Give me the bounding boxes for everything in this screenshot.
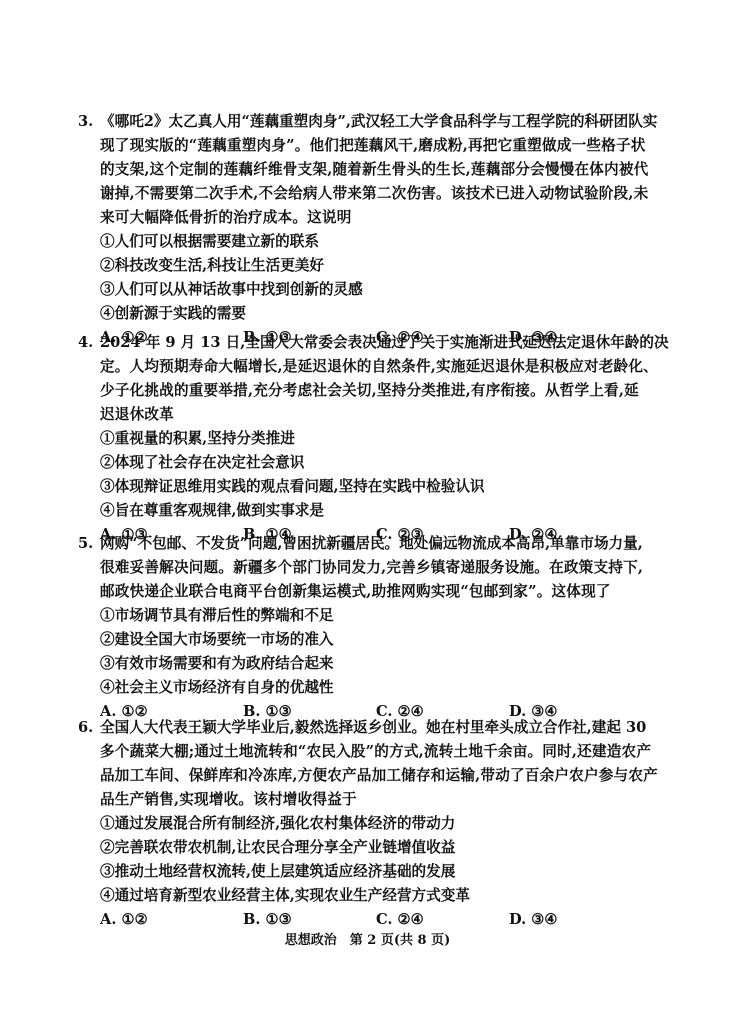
question-text-line: 多个蔬菜大棚;通过土地流转和“农民入股”的方式,流转土地千余亩。同时,还建造农产 bbox=[78, 740, 648, 764]
question-number: 3. bbox=[78, 110, 100, 134]
question-text-line: 全国人大代表王颖大学毕业后,毅然选择返乡创业。她在村里牵头成立合作社,建起 30 bbox=[100, 716, 646, 740]
question-text-line: 定。人均预期寿命大幅增长,是延迟退休的自然条件,实施延迟退休是积极应对老龄化、 bbox=[78, 355, 648, 379]
statement-4: ④通过培育新型农业经营主体,实现农业生产经营方式变革 bbox=[78, 884, 648, 908]
question-3: 3. 《哪吒2》太乙真人用“莲藕重塑肉身”,武汉轻工大学食品科学与工程学院的科研… bbox=[78, 110, 648, 350]
question-5: 5. 网购“不包邮、不发货”问题,曾困扰新疆居民。地处偏远物流成本高昂,单靠市场… bbox=[78, 532, 648, 724]
question-number: 6. bbox=[78, 716, 100, 740]
statement-4: ④社会主义市场经济有自身的优越性 bbox=[78, 676, 648, 700]
question-number: 5. bbox=[78, 532, 100, 556]
question-text-line: 《哪吒2》太乙真人用“莲藕重塑肉身”,武汉轻工大学食品科学与工程学院的科研团队实 bbox=[100, 110, 657, 134]
question-text-line: 少子化挑战的重要举措,充分考虑社会关切,坚持分类推进,有序衔接。从哲学上看,延 bbox=[78, 379, 648, 403]
statement-3: ③体现辩证思维用实践的观点看问题,坚持在实践中检验认识 bbox=[78, 475, 648, 499]
question-number: 4. bbox=[78, 331, 100, 355]
statement-3: ③推动土地经营权流转,使上层建筑适应经济基础的发展 bbox=[78, 860, 648, 884]
statement-2: ②体现了社会存在决定社会意识 bbox=[78, 451, 648, 475]
statement-2: ②建设全国大市场要统一市场的准入 bbox=[78, 628, 648, 652]
question-text-line: 品加工车间、保鲜库和冷冻库,方便农产品加工储存和运输,带动了百余户农户参与农产 bbox=[78, 764, 648, 788]
question-text-line: 很难妥善解决问题。新疆多个部门协同发力,完善乡镇寄递服务设施。在政策支持下, bbox=[78, 556, 648, 580]
statement-4: ④旨在尊重客观规律,做到实事求是 bbox=[78, 499, 648, 523]
question-text-line: 迟退休改革 bbox=[78, 403, 648, 427]
question-text-line: 谢掉,不需要第二次手术,不会给病人带来第二次伤害。该技术已进入动物试验阶段,未 bbox=[78, 182, 648, 206]
page-footer: 思想政治 第 2 页(共 8 页) bbox=[0, 929, 735, 948]
question-text-line: 来可大幅降低骨折的治疗成本。这说明 bbox=[78, 206, 648, 230]
question-text-line: 邮政快递企业联合电商平台创新集运模式,助推网购实现“包邮到家”。这体现了 bbox=[78, 580, 648, 604]
statement-1: ①通过发展混合所有制经济,强化农村集体经济的带动力 bbox=[78, 812, 648, 836]
statement-1: ①人们可以根据需要建立新的联系 bbox=[78, 230, 648, 254]
statement-1: ①市场调节具有滞后性的弊端和不足 bbox=[78, 604, 648, 628]
question-text-line: 的支架,这个定制的莲藕纤维骨支架,随着新生骨头的生长,莲藕部分会慢慢在体内被代 bbox=[78, 158, 648, 182]
question-6: 6. 全国人大代表王颖大学毕业后,毅然选择返乡创业。她在村里牵头成立合作社,建起… bbox=[78, 716, 648, 932]
question-text-line: 现了现实版的“莲藕重塑肉身”。他们把莲藕风干,磨成粉,再把它重塑做成一些格子状 bbox=[78, 134, 648, 158]
statement-3: ③有效市场需要和有为政府结合起来 bbox=[78, 652, 648, 676]
question-text-line: 品生产销售,实现增收。该村增收得益于 bbox=[78, 788, 648, 812]
exam-page: 3. 《哪吒2》太乙真人用“莲藕重塑肉身”,武汉轻工大学食品科学与工程学院的科研… bbox=[0, 0, 735, 1024]
question-4: 4. 2024 年 9 月 13 日,全国人大常委会表决通过了关于实施渐进式延迟… bbox=[78, 331, 648, 547]
statement-2: ②科技改变生活,科技让生活更美好 bbox=[78, 254, 648, 278]
question-text-line: 2024 年 9 月 13 日,全国人大常委会表决通过了关于实施渐进式延迟法定退… bbox=[100, 331, 669, 355]
statement-2: ②完善联农带农机制,让农民合理分享全产业链增值收益 bbox=[78, 836, 648, 860]
statement-4: ④创新源于实践的需要 bbox=[78, 302, 648, 326]
question-text-line: 网购“不包邮、不发货”问题,曾困扰新疆居民。地处偏远物流成本高昂,单靠市场力量, bbox=[100, 532, 643, 556]
statement-1: ①重视量的积累,坚持分类推进 bbox=[78, 427, 648, 451]
statement-3: ③人们可以从神话故事中找到创新的灵感 bbox=[78, 278, 648, 302]
